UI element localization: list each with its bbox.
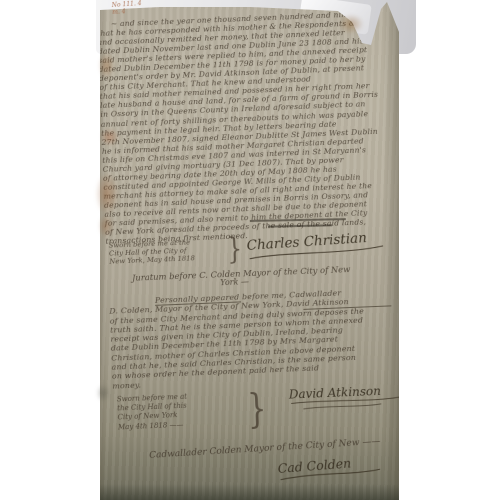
signature-cadwallader-colden: Cad Colden	[277, 453, 382, 482]
foxing-stain	[100, 128, 119, 146]
jurat-brace-icon: }	[246, 385, 267, 433]
foxing-stain	[95, 172, 119, 216]
foxing-stain	[338, 14, 364, 34]
archival-corner-note: No 111. 4 m. 4	[112, 1, 143, 16]
second-deposition-paragraph: Personally appeared before me, Cadwallad…	[109, 286, 402, 391]
attestation-line-2: York —	[220, 277, 249, 287]
bottom-edge-shadow	[100, 484, 399, 500]
manuscript-sheet: ~ and since the year one thousand seven …	[100, 0, 399, 500]
foxing-stain	[98, 52, 115, 79]
jurat-brace-icon: }	[226, 231, 243, 267]
jurat-block-first: Sworn before me at theCity Hall of the C…	[109, 238, 195, 266]
foxing-stain	[98, 214, 114, 238]
signature-david-atkinson: David Atkinson	[289, 383, 402, 411]
pencil-smudge	[96, 384, 110, 402]
deposition-paragraph: ~ and since the year one thousand seven …	[97, 8, 398, 246]
jurat-line: May 4th 1818 ——	[118, 420, 189, 432]
handwriting-layer: ~ and since the year one thousand seven …	[91, 0, 410, 500]
jurat-block-second: Sworn before me atthe City Hall of thisC…	[117, 393, 189, 433]
photographed-manuscript: ~ and since the year one thousand seven …	[0, 0, 500, 500]
